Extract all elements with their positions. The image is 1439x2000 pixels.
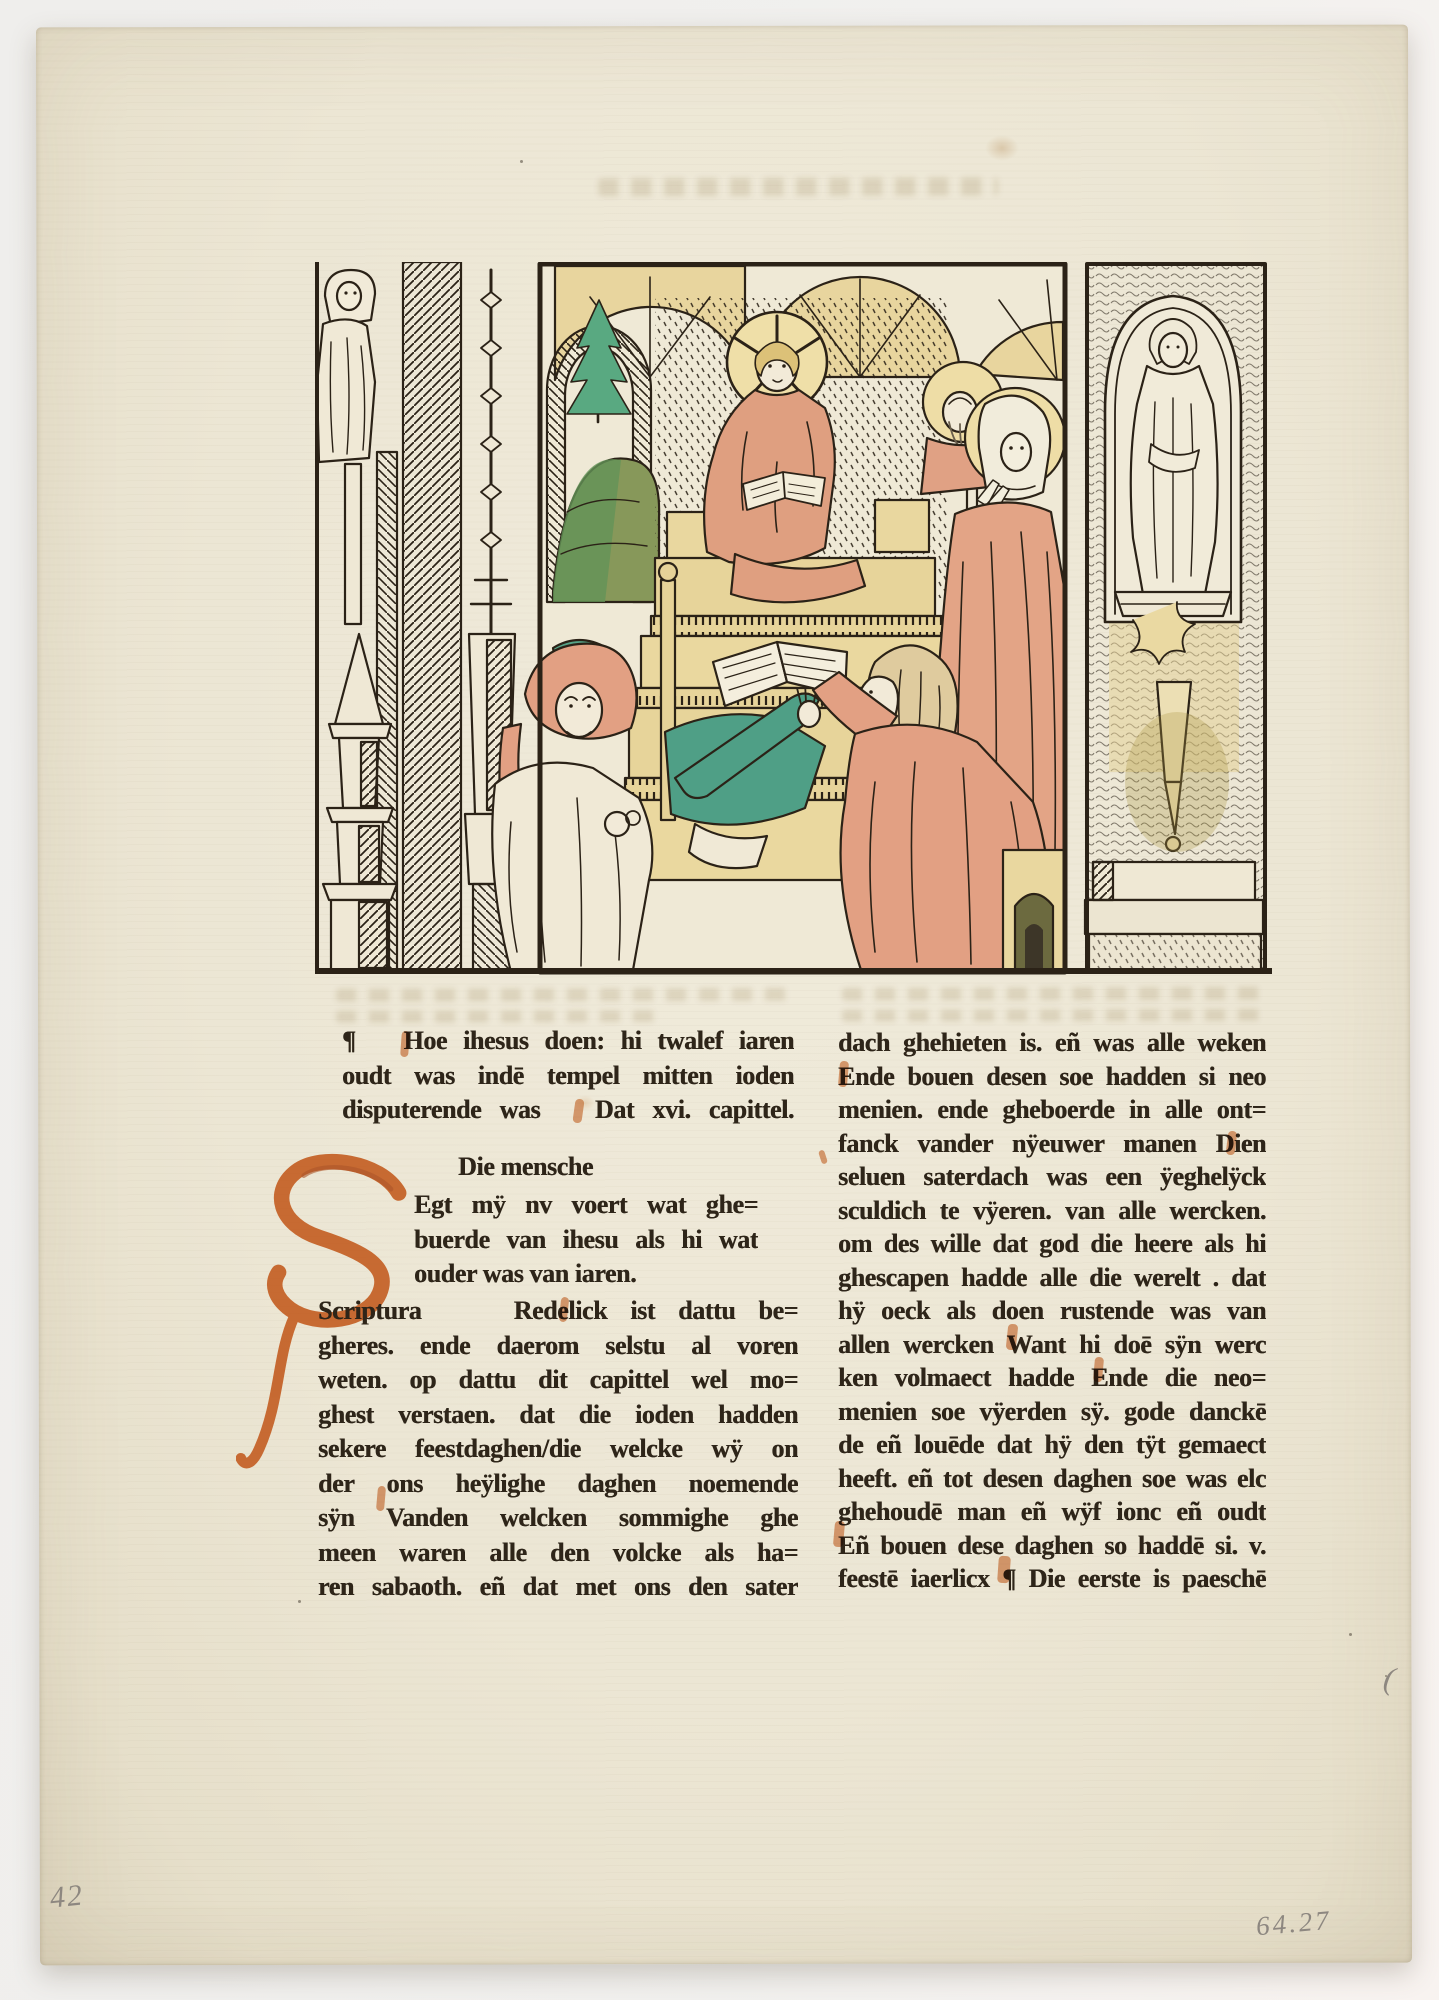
text-line: Scriptura Redelick ist dattu be= [318, 1294, 798, 1329]
showthrough-line [336, 1010, 666, 1023]
text-line: sekere feestdaghen/die welcke wÿ on [318, 1432, 798, 1467]
text-line: menien. ende gheboerde in alle ont= [838, 1093, 1266, 1127]
text-line: ren sabaoth. eñ dat met ons den sater [318, 1570, 798, 1605]
section-title: Die mensche [458, 1152, 678, 1182]
text-line: heeft. eñ tot desen daghen soe was elc [838, 1462, 1266, 1496]
text-line: om des wille dat god die heere als hi [838, 1227, 1266, 1261]
paper-speck [1349, 1633, 1352, 1636]
text-line: der ons heÿlighe daghen noemende [318, 1467, 798, 1502]
left-pillar-panel [317, 262, 521, 970]
heading-line: oudt was indē tempel mitten ioden [342, 1059, 794, 1094]
text-line: sculdich te vÿeren. van alle wercken. [838, 1194, 1266, 1228]
text-line: Egt mÿ nv voert wat ghe= [414, 1188, 758, 1223]
showthrough-header [598, 177, 998, 196]
plinth [1085, 862, 1263, 970]
text-line: hÿ oeck als doen rustende was van [838, 1294, 1266, 1328]
text-line: weten. op dattu dit capittel wel mo= [318, 1363, 798, 1398]
heading-line: ¶ Hoe ihesus doen: hi twalef iaren [342, 1024, 794, 1059]
pencil-accession-number: 64.27 [1255, 1905, 1333, 1942]
text-line: ken volmaect hadde Ende die neo= [838, 1361, 1266, 1395]
rubrication-mark [997, 1556, 1011, 1584]
showthrough-line [336, 988, 792, 1002]
text-line: meen waren alle den volcke als ha= [318, 1536, 798, 1571]
onlooker-figure [317, 270, 375, 462]
pencil-page-number: 42 [48, 1878, 85, 1915]
text-line: allen wercken Want hi doē sÿn werc [838, 1328, 1266, 1362]
text-line: de eñ louēde dat hÿ den tÿt gemaect [838, 1428, 1266, 1462]
text-line: ghest verstaen. dat die ioden hadden [318, 1398, 798, 1433]
paper-speck [298, 1600, 301, 1603]
text-line: dach ghehieten is. eñ was alle weken [838, 1026, 1266, 1060]
text-line: feestē iaerlicx ¶ Die eerste is paeschē [838, 1562, 1266, 1596]
chapter-heading: ¶ Hoe ihesus doen: hi twalef iaren oudt … [342, 1024, 794, 1128]
left-column: Scriptura Redelick ist dattu be= gheres.… [318, 1294, 798, 1605]
text-line: Eñ bouen dese daghen so haddē si. v. [838, 1529, 1266, 1563]
text-line: fanck vander nÿeuwer manen Dien [838, 1127, 1266, 1161]
right-column: dach ghehieten is. eñ was alle weken End… [838, 1026, 1266, 1596]
showthrough-line [842, 987, 1262, 1001]
text-line: gheres. ende daerom selstu al voren [318, 1329, 798, 1364]
section-title-text: Die mensche [458, 1152, 678, 1182]
text-line: ouder was van iaren. [414, 1257, 758, 1292]
initial-paragraph: Egt mÿ nv voert wat ghe= buerde van ihes… [414, 1188, 758, 1292]
statue-niche-panel [1085, 264, 1265, 972]
temple-interior-panel [492, 264, 1065, 972]
text-line: ghehoudē man eñ wÿf ionc eñ oudt [838, 1495, 1266, 1529]
text-line: sÿn Vanden welcken sommighe ghe [318, 1501, 798, 1536]
text-line: buerde van ihesu als hi wat [414, 1223, 758, 1258]
showthrough-line [842, 1009, 1262, 1022]
doorway [1003, 850, 1065, 970]
text-line: menien soe vÿerden sÿ. gode danckē [838, 1395, 1266, 1429]
paper-speck [520, 160, 523, 163]
text-line: Ende bouen desen soe hadden si neo [838, 1060, 1266, 1094]
text-line: ghescapen hadde alle die werelt . dat [838, 1261, 1266, 1295]
text-line: seluen saterdach was een ÿeghelÿck [838, 1160, 1266, 1194]
woodcut-christ-among-doctors [315, 262, 1272, 985]
heading-line: disputerende was Dat xvi. capittel. [342, 1093, 794, 1128]
